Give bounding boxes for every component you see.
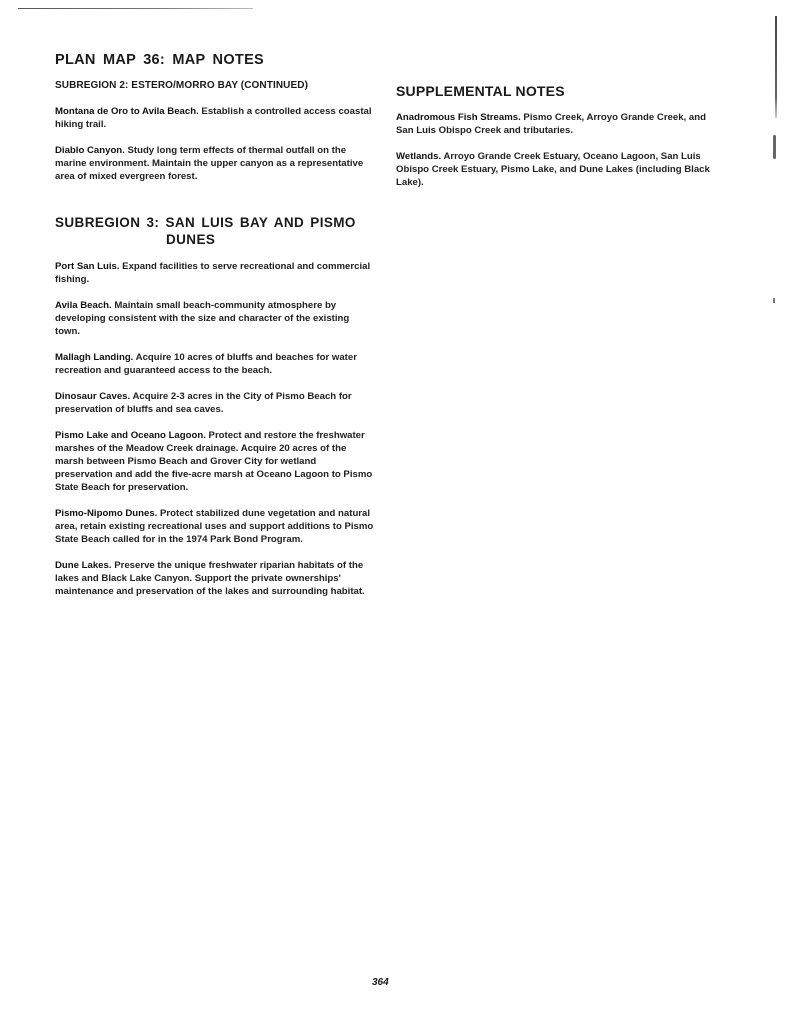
subregion-3-heading-line1: SUBREGION 3: SAN LUIS BAY AND PISMO [55,215,356,230]
note-term: Dune Lakes. [55,560,112,571]
left-column: PLAN MAP 36: MAP NOTES SUBREGION 2: ESTE… [55,52,375,611]
note-mallagh-landing: Mallagh Landing. Acquire 10 acres of blu… [55,351,375,377]
note-term: Wetlands. [396,151,441,162]
note-port-san-luis: Port San Luis. Expand facilities to serv… [55,260,375,286]
note-text: Arroyo Grande Creek Estuary, Oceano Lago… [396,151,710,188]
supplemental-notes-heading: SUPPLEMENTAL NOTES [396,83,726,99]
note-dinosaur-caves: Dinosaur Caves. Acquire 2-3 acres in the… [55,390,375,416]
note-pismo-nipomo-dunes: Pismo-Nipomo Dunes. Protect stabilized d… [55,507,375,546]
note-term: Pismo Lake and Oceano Lagoon. [55,430,206,441]
scan-edge-mark [773,135,776,159]
note-dune-lakes: Dune Lakes. Preserve the unique freshwat… [55,559,375,598]
right-column: SUPPLEMENTAL NOTES Anadromous Fish Strea… [396,83,726,202]
note-montana-de-oro: Montana de Oro to Avila Beach. Establish… [55,105,375,131]
note-term: Montana de Oro to Avila Beach. [55,106,199,117]
note-anadromous-fish-streams: Anadromous Fish Streams. Pismo Creek, Ar… [396,111,726,137]
note-term: Dinosaur Caves. [55,391,130,402]
note-term: Avila Beach. [55,300,112,311]
note-term: Diablo Canyon. [55,145,125,156]
top-rule [18,8,253,9]
scan-edge-dot [773,298,775,303]
scan-edge-line [775,16,777,118]
note-pismo-lake-oceano-lagoon: Pismo Lake and Oceano Lagoon. Protect an… [55,429,375,494]
page-number: 364 [372,977,389,988]
note-term: Port San Luis. [55,261,120,272]
subregion-3-heading-line2: DUNES [55,231,375,248]
note-term: Anadromous Fish Streams. [396,112,521,123]
subregion-2-heading: SUBREGION 2: ESTERO/MORRO BAY (CONTINUED… [55,80,375,91]
note-avila-beach: Avila Beach. Maintain small beach-commun… [55,299,375,338]
note-diablo-canyon: Diablo Canyon. Study long term effects o… [55,144,375,183]
note-wetlands: Wetlands. Arroyo Grande Creek Estuary, O… [396,150,726,189]
page-title: PLAN MAP 36: MAP NOTES [55,52,375,68]
note-term: Pismo-Nipomo Dunes. [55,508,157,519]
note-term: Mallagh Landing. [55,352,133,363]
subregion-3-heading: SUBREGION 3: SAN LUIS BAY AND PISMO DUNE… [55,214,375,248]
